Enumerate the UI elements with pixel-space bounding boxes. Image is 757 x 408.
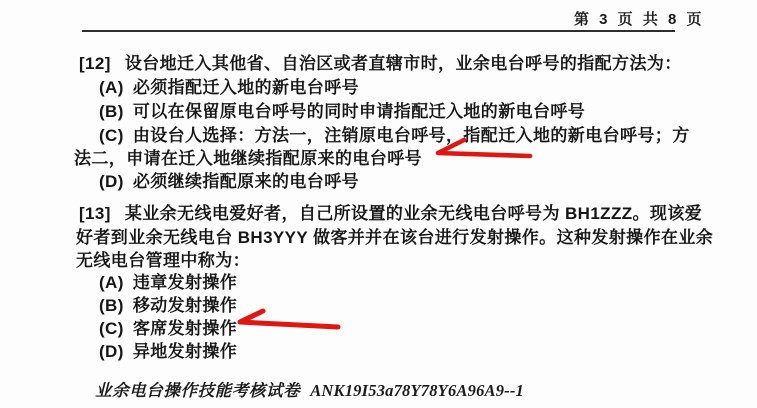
q12-option-c: (C)由设台人选择：方法一，注销原电台呼号，指配迁入地的新电台呼号；方: [99, 126, 690, 145]
q12-answer-arrow-stroke: [438, 140, 530, 156]
q12-option-d-text: 必须继续指配原来的电台呼号: [133, 172, 359, 191]
q12-option-a-text: 必须指配迁入地的新电台呼号: [133, 78, 359, 97]
footer-exam-title: 业余电台操作技能考核试卷: [95, 381, 300, 400]
footer-exam-code: ANK19I53a78Y78Y6A96A9--1: [310, 381, 524, 400]
q12-option-c-continuation: 法二，申请在迁入地继续指配原来的电台呼号: [74, 149, 422, 168]
q13-option-d-text: 异地发射操作: [133, 342, 237, 361]
q12-option-b-text: 可以在保留原电台呼号的同时申请指配迁入地的新电台呼号: [133, 102, 585, 121]
q13-option-b: (B)移动发射操作: [99, 296, 237, 315]
q13-option-a: (A)违章发射操作: [99, 273, 237, 292]
q12-option-d: (D)必须继续指配原来的电台呼号: [99, 172, 359, 191]
q12-stem-text: 设台地迁入其他省、自治区或者直辖市时，业余电台呼号的指配方法为：: [125, 54, 682, 73]
q13-stem-text2: 好者到业余无线电台 BH3YYY 做客并并在该台进行发射操作。这种发射操作在业余: [76, 228, 713, 247]
q12-answer-arrow-icon: [428, 134, 538, 162]
q12-stem: [12]设台地迁入其他省、自治区或者直辖市时，业余电台呼号的指配方法为：: [79, 54, 682, 73]
q13-stem-line2: 好者到业余无线电台 BH3YYY 做客并并在该台进行发射操作。这种发射操作在业余: [76, 228, 713, 247]
q12-option-b-label: (B): [99, 102, 124, 121]
q13-answer-arrow-stroke: [240, 311, 338, 327]
q12-option-a-label: (A): [99, 78, 124, 97]
page-indicator: 第 3 页 共 8 页: [574, 8, 705, 29]
q12-option-c-text2: 法二，申请在迁入地继续指配原来的电台呼号: [74, 149, 422, 168]
q13-option-a-label: (A): [99, 273, 124, 292]
q12-number: [12]: [79, 54, 111, 73]
scanned-exam-page: 第 3 页 共 8 页 [12]设台地迁入其他省、自治区或者直辖市时，业余电台呼…: [0, 0, 757, 408]
footer-exam-title-line: 业余电台操作技能考核试卷ANK19I53a78Y78Y6A96A9--1: [95, 377, 524, 401]
q13-stem-line3: 无线电台管理中称为：: [76, 251, 250, 270]
q13-option-a-text: 违章发射操作: [133, 273, 237, 292]
q13-stem-line1: [13]某业余无线电爱好者，自己所设置的业余无线电台呼号为 BH1ZZZ。现该爱: [79, 204, 702, 223]
q12-option-c-text: 由设台人选择：方法一，注销原电台呼号，指配迁入地的新电台呼号；方: [133, 126, 690, 145]
q13-option-b-label: (B): [99, 296, 124, 315]
q12-option-b: (B)可以在保留原电台呼号的同时申请指配迁入地的新电台呼号: [99, 102, 585, 121]
q13-option-d: (D)异地发射操作: [99, 342, 237, 361]
q13-option-d-label: (D): [99, 342, 124, 361]
q13-stem-text3: 无线电台管理中称为：: [76, 251, 250, 270]
q12-option-d-label: (D): [99, 172, 124, 191]
q13-option-c: (C)客席发射操作: [99, 319, 237, 338]
q12-option-a: (A)必须指配迁入地的新电台呼号: [99, 78, 359, 97]
q13-option-b-text: 移动发射操作: [133, 296, 237, 315]
header-rule: [82, 30, 675, 32]
q13-number: [13]: [79, 204, 111, 223]
q13-stem-text1: 某业余无线电爱好者，自己所设置的业余无线电台呼号为 BH1ZZZ。现该爱: [125, 204, 702, 223]
q12-option-c-label: (C): [99, 126, 124, 145]
q13-answer-arrow-icon: [230, 302, 345, 332]
q13-option-c-text: 客席发射操作: [133, 319, 237, 338]
q13-option-c-label: (C): [99, 319, 124, 338]
